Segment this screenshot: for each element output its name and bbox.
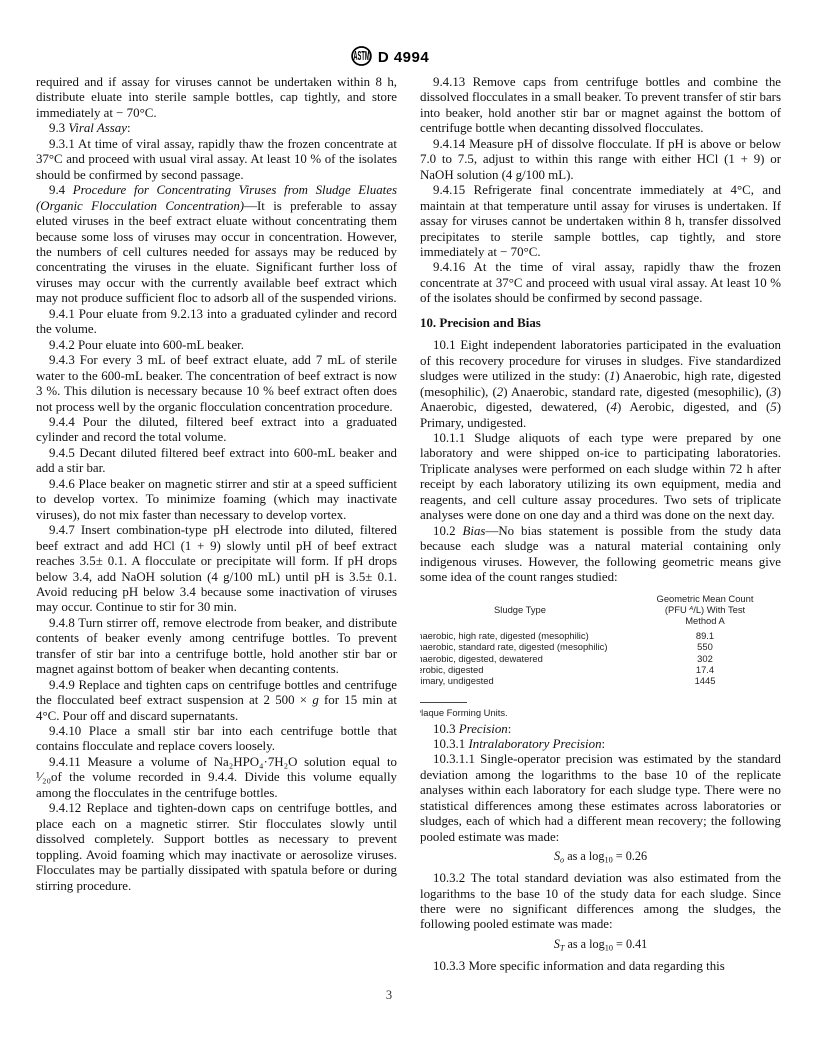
paragraph: 9.4.8 Turn stirrer off, remove electrode… — [36, 616, 397, 678]
table-header-geometric-mean-count: Geometric Mean Count(PFU A/L) With TestM… — [629, 593, 781, 627]
section-heading: 10. Precision and Bias — [420, 316, 781, 331]
table-cell-sludge-type: Anaerobic, digested, dewatered — [420, 653, 629, 664]
paragraph: 9.4.9 Replace and tighten caps on centri… — [36, 678, 397, 724]
paragraph: 9.4.11 Measure a volume of Na₂HPO₄·7H₂O … — [36, 755, 397, 801]
left-column: required and if assay for viruses cannot… — [36, 75, 397, 980]
table-cell-sludge-type: Primary, undigested — [420, 675, 629, 686]
table-cell-count: 302 — [629, 653, 781, 664]
paragraph: 10.3 Precision: — [420, 722, 781, 737]
table-cell-count: 17.4 — [629, 664, 781, 675]
paragraph: 9.4.13 Remove caps from centrifuge bottl… — [420, 75, 781, 137]
table-cell-sludge-type: Anaerobic, standard rate, digested (meso… — [420, 641, 629, 652]
table-header-sludge-type: Sludge Type — [420, 604, 629, 615]
paragraph: 9.4.5 Decant diluted filtered beef extra… — [36, 446, 397, 477]
paragraph: 10.3.2 The total standard deviation was … — [420, 871, 781, 933]
astm-logo-icon: ASTM — [351, 46, 372, 66]
paragraph: 9.3.1 At time of viral assay, rapidly th… — [36, 137, 397, 183]
paragraph: 9.4.4 Pour the diluted, filtered beef ex… — [36, 415, 397, 446]
table-header-row: Sludge TypeGeometric Mean Count(PFU A/L)… — [420, 593, 781, 627]
table-cell-sludge-type: Anaerobic, high rate, digested (mesophil… — [420, 630, 629, 641]
equation: ST as a log10 = 0.41 — [420, 937, 781, 956]
paragraph: 9.3 Viral Assay: — [36, 121, 397, 136]
document-header: ASTM D 4994 — [0, 46, 780, 66]
table-footnote: APlaque Forming Units. — [420, 702, 781, 718]
table-cell-sludge-type: Aerobic, digested — [420, 664, 629, 675]
paragraph: 9.4.2 Pour eluate into 600-mL beaker. — [36, 338, 397, 353]
doc-number: D 4994 — [378, 49, 429, 66]
footnote-text: APlaque Forming Units. — [420, 707, 781, 718]
table-cell-count: 550 — [629, 641, 781, 652]
paragraph: required and if assay for viruses cannot… — [36, 75, 397, 121]
table-row: Aerobic, digested17.4 — [420, 664, 781, 675]
equation: So as a log10 = 0.26 — [420, 849, 781, 868]
paragraph: 9.4.6 Place beaker on magnetic stirrer a… — [36, 477, 397, 523]
paragraph: 9.4.14 Measure pH of dissolve flocculate… — [420, 137, 781, 183]
table-row: Anaerobic, high rate, digested (mesophil… — [420, 630, 781, 641]
paragraph: 10.3.1.1 Single-operator precision was e… — [420, 752, 781, 845]
right-column: 9.4.13 Remove caps from centrifuge bottl… — [420, 75, 781, 980]
table-row: Anaerobic, standard rate, digested (meso… — [420, 641, 781, 652]
astm-logo-text: ASTM — [353, 49, 369, 63]
paragraph: 9.4.12 Replace and tighten-down caps on … — [36, 801, 397, 894]
paragraph: 9.4.10 Place a small stir bar into each … — [36, 724, 397, 755]
paragraph: 9.4.7 Insert combination-type pH electro… — [36, 523, 397, 616]
sludge-count-table: Sludge TypeGeometric Mean Count(PFU A/L)… — [420, 593, 781, 687]
table-row: Primary, undigested1445 — [420, 675, 781, 686]
paragraph: 10.1 Eight independent laboratories part… — [420, 338, 781, 431]
paragraph: 10.3.3 More specific information and dat… — [420, 959, 781, 974]
table-cell-count: 89.1 — [629, 630, 781, 641]
page-number: 3 — [0, 988, 778, 1003]
paragraph: 9.4.3 For every 3 mL of beef extract elu… — [36, 353, 397, 415]
paragraph: 10.3.1 Intralaboratory Precision: — [420, 737, 781, 752]
paragraph: 9.4 Procedure for Concentrating Viruses … — [36, 183, 397, 307]
paragraph: 9.4.15 Refrigerate final concentrate imm… — [420, 183, 781, 260]
paragraph: 10.2 Bias—No bias statement is possible … — [420, 524, 781, 586]
paragraph: 10.1.1 Sludge aliquots of each type were… — [420, 431, 781, 524]
table-row: Anaerobic, digested, dewatered302 — [420, 653, 781, 664]
footnote-rule — [420, 702, 467, 703]
paragraph: 9.4.1 Pour eluate from 9.2.13 into a gra… — [36, 307, 397, 338]
table-cell-count: 1445 — [629, 675, 781, 686]
paragraph: 9.4.16 At the time of viral assay, rapid… — [420, 260, 781, 306]
document-page: ASTM D 4994 required and if assay for vi… — [0, 0, 816, 1056]
